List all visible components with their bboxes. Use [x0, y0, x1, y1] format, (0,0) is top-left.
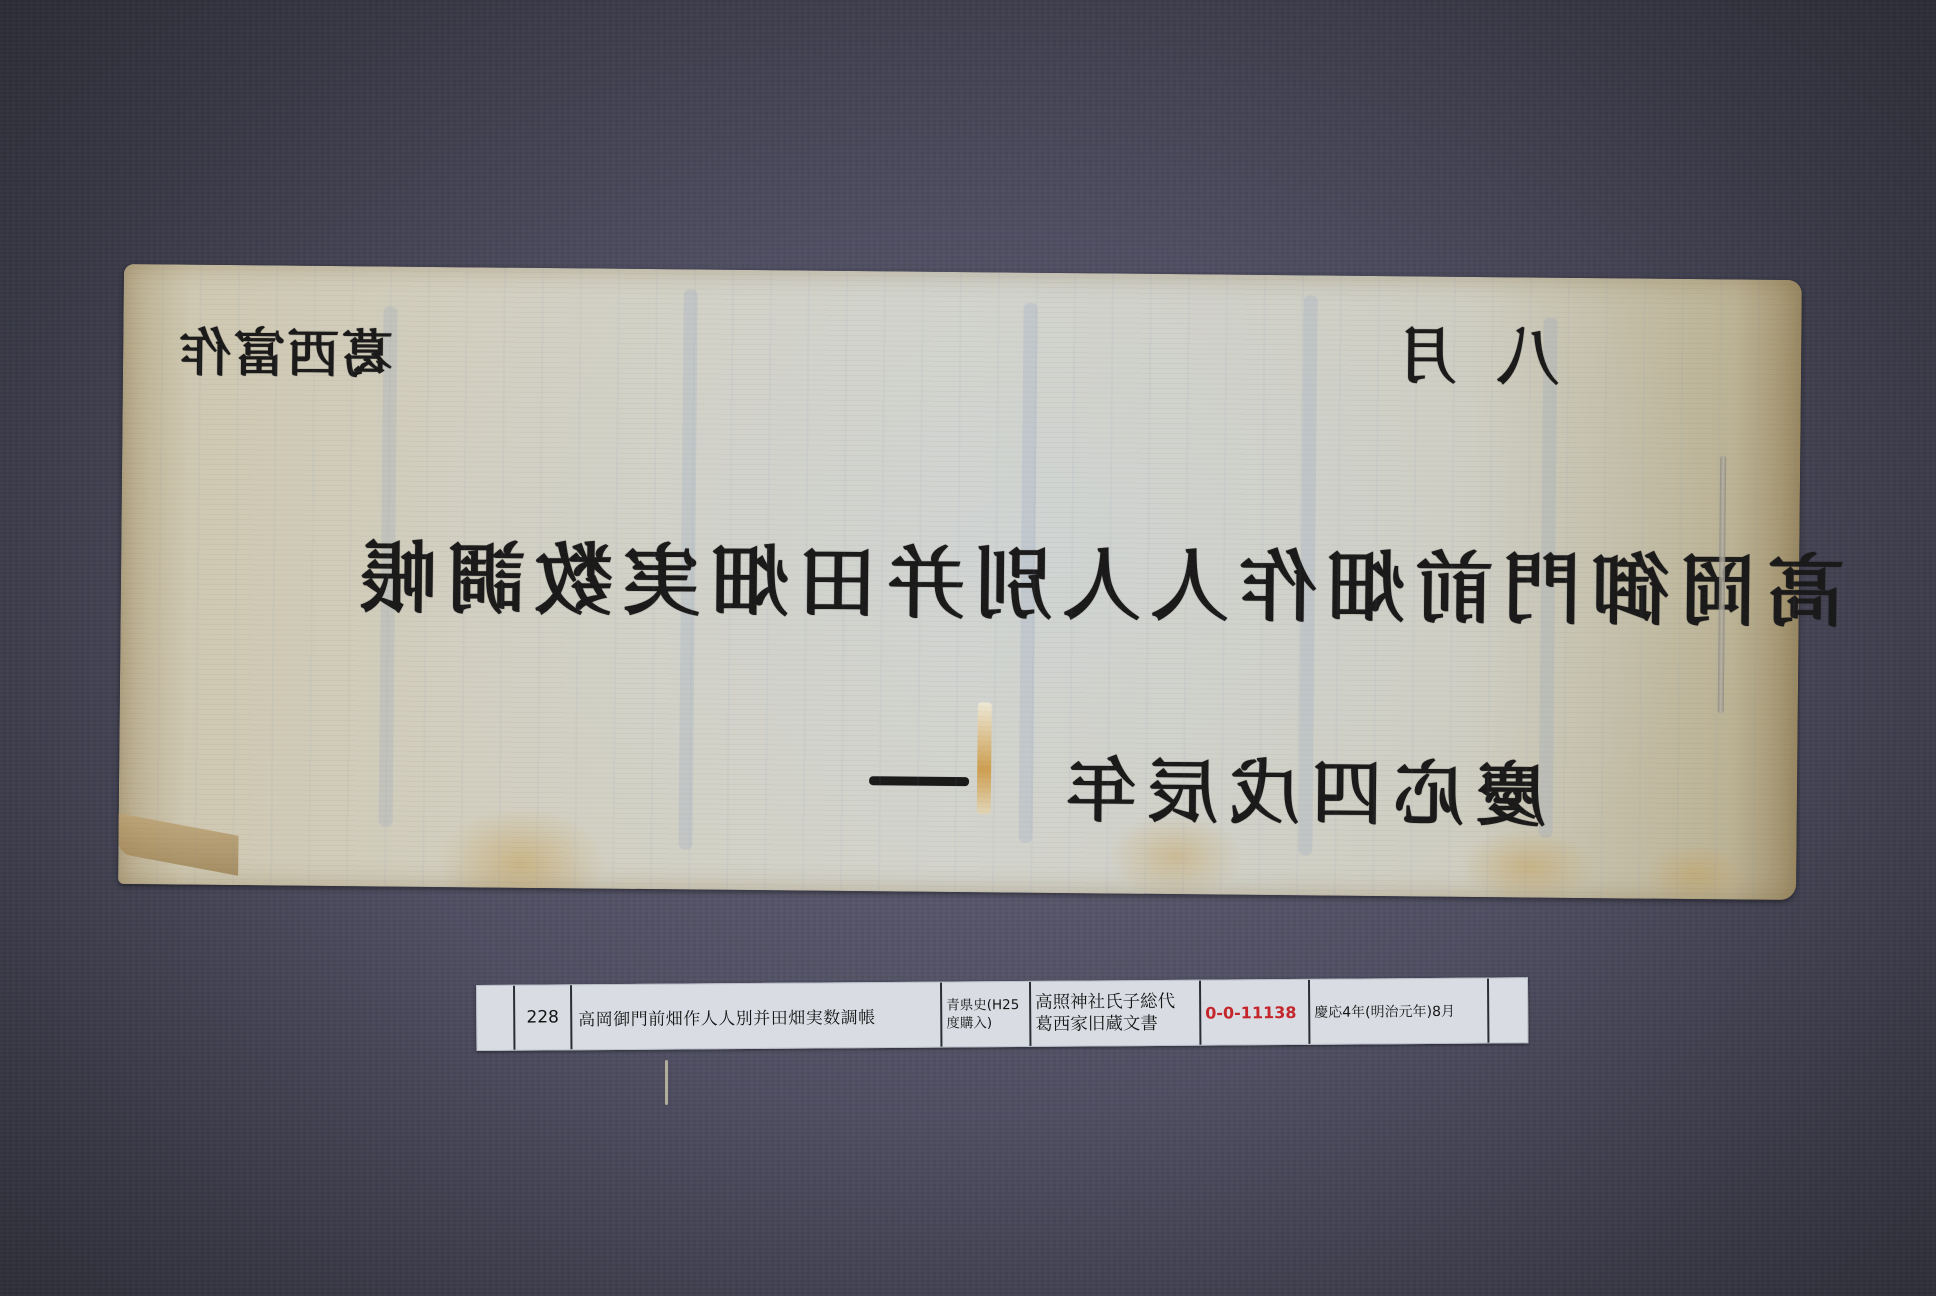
label-number: 228	[515, 985, 572, 1049]
label-id: 0-0-11138	[1201, 980, 1310, 1045]
label-date: 慶応4年(明治元年)8月	[1310, 979, 1489, 1044]
label-source-line2: 度購入)	[946, 1014, 992, 1032]
document-sheet: 葛西富作 八月 高岡御門前畑作人人別并田畑実数調帳 慶応四戊辰年	[118, 264, 1802, 900]
label-title: 高岡御門前畑作人人別并田畑実数調帳	[572, 983, 942, 1050]
stray-fiber	[665, 1060, 668, 1105]
signer-handwriting: 葛西富作	[177, 311, 394, 388]
ink-stroke	[869, 776, 969, 786]
label-source: 青県史(H25 度購入)	[942, 982, 1031, 1047]
title-handwriting: 高岡御門前畑作人人別并田畑実数調帳	[349, 516, 1846, 642]
label-source-line1: 青県史(H25	[946, 996, 1019, 1015]
month-handwriting: 八月	[1355, 306, 1560, 397]
date-handwriting: 慶応四戊辰年	[1054, 735, 1547, 841]
label-collection-line2: 葛西家旧蔵文書	[1035, 1013, 1158, 1036]
label-blank-cell	[477, 986, 515, 1050]
label-collection-line1: 高照神社氏子総代	[1035, 991, 1175, 1014]
catalog-label: 228 高岡御門前畑作人人別并田畑実数調帳 青県史(H25 度購入) 高照神社氏…	[476, 977, 1528, 1051]
label-blank-cell	[1489, 978, 1527, 1042]
folded-edge	[118, 813, 238, 875]
label-collection: 高照神社氏子総代 葛西家旧蔵文書	[1031, 981, 1201, 1046]
pencil-line	[1718, 455, 1726, 713]
repair-tape	[977, 702, 992, 814]
